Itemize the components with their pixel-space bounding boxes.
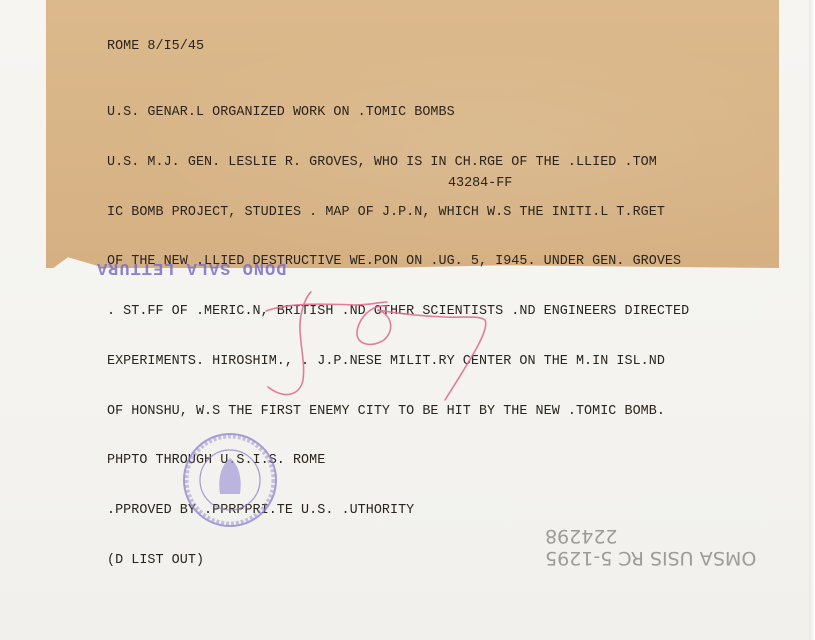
pencil-note-line: OMSA USIS RC 5-1295 bbox=[545, 547, 756, 569]
pencil-note-number: 224298 bbox=[545, 525, 618, 547]
pencil-notes: OMSA USIS RC 5-1295 224298 bbox=[545, 525, 756, 569]
seal-emblem-icon bbox=[219, 458, 240, 494]
circular-ink-seal bbox=[180, 430, 280, 530]
